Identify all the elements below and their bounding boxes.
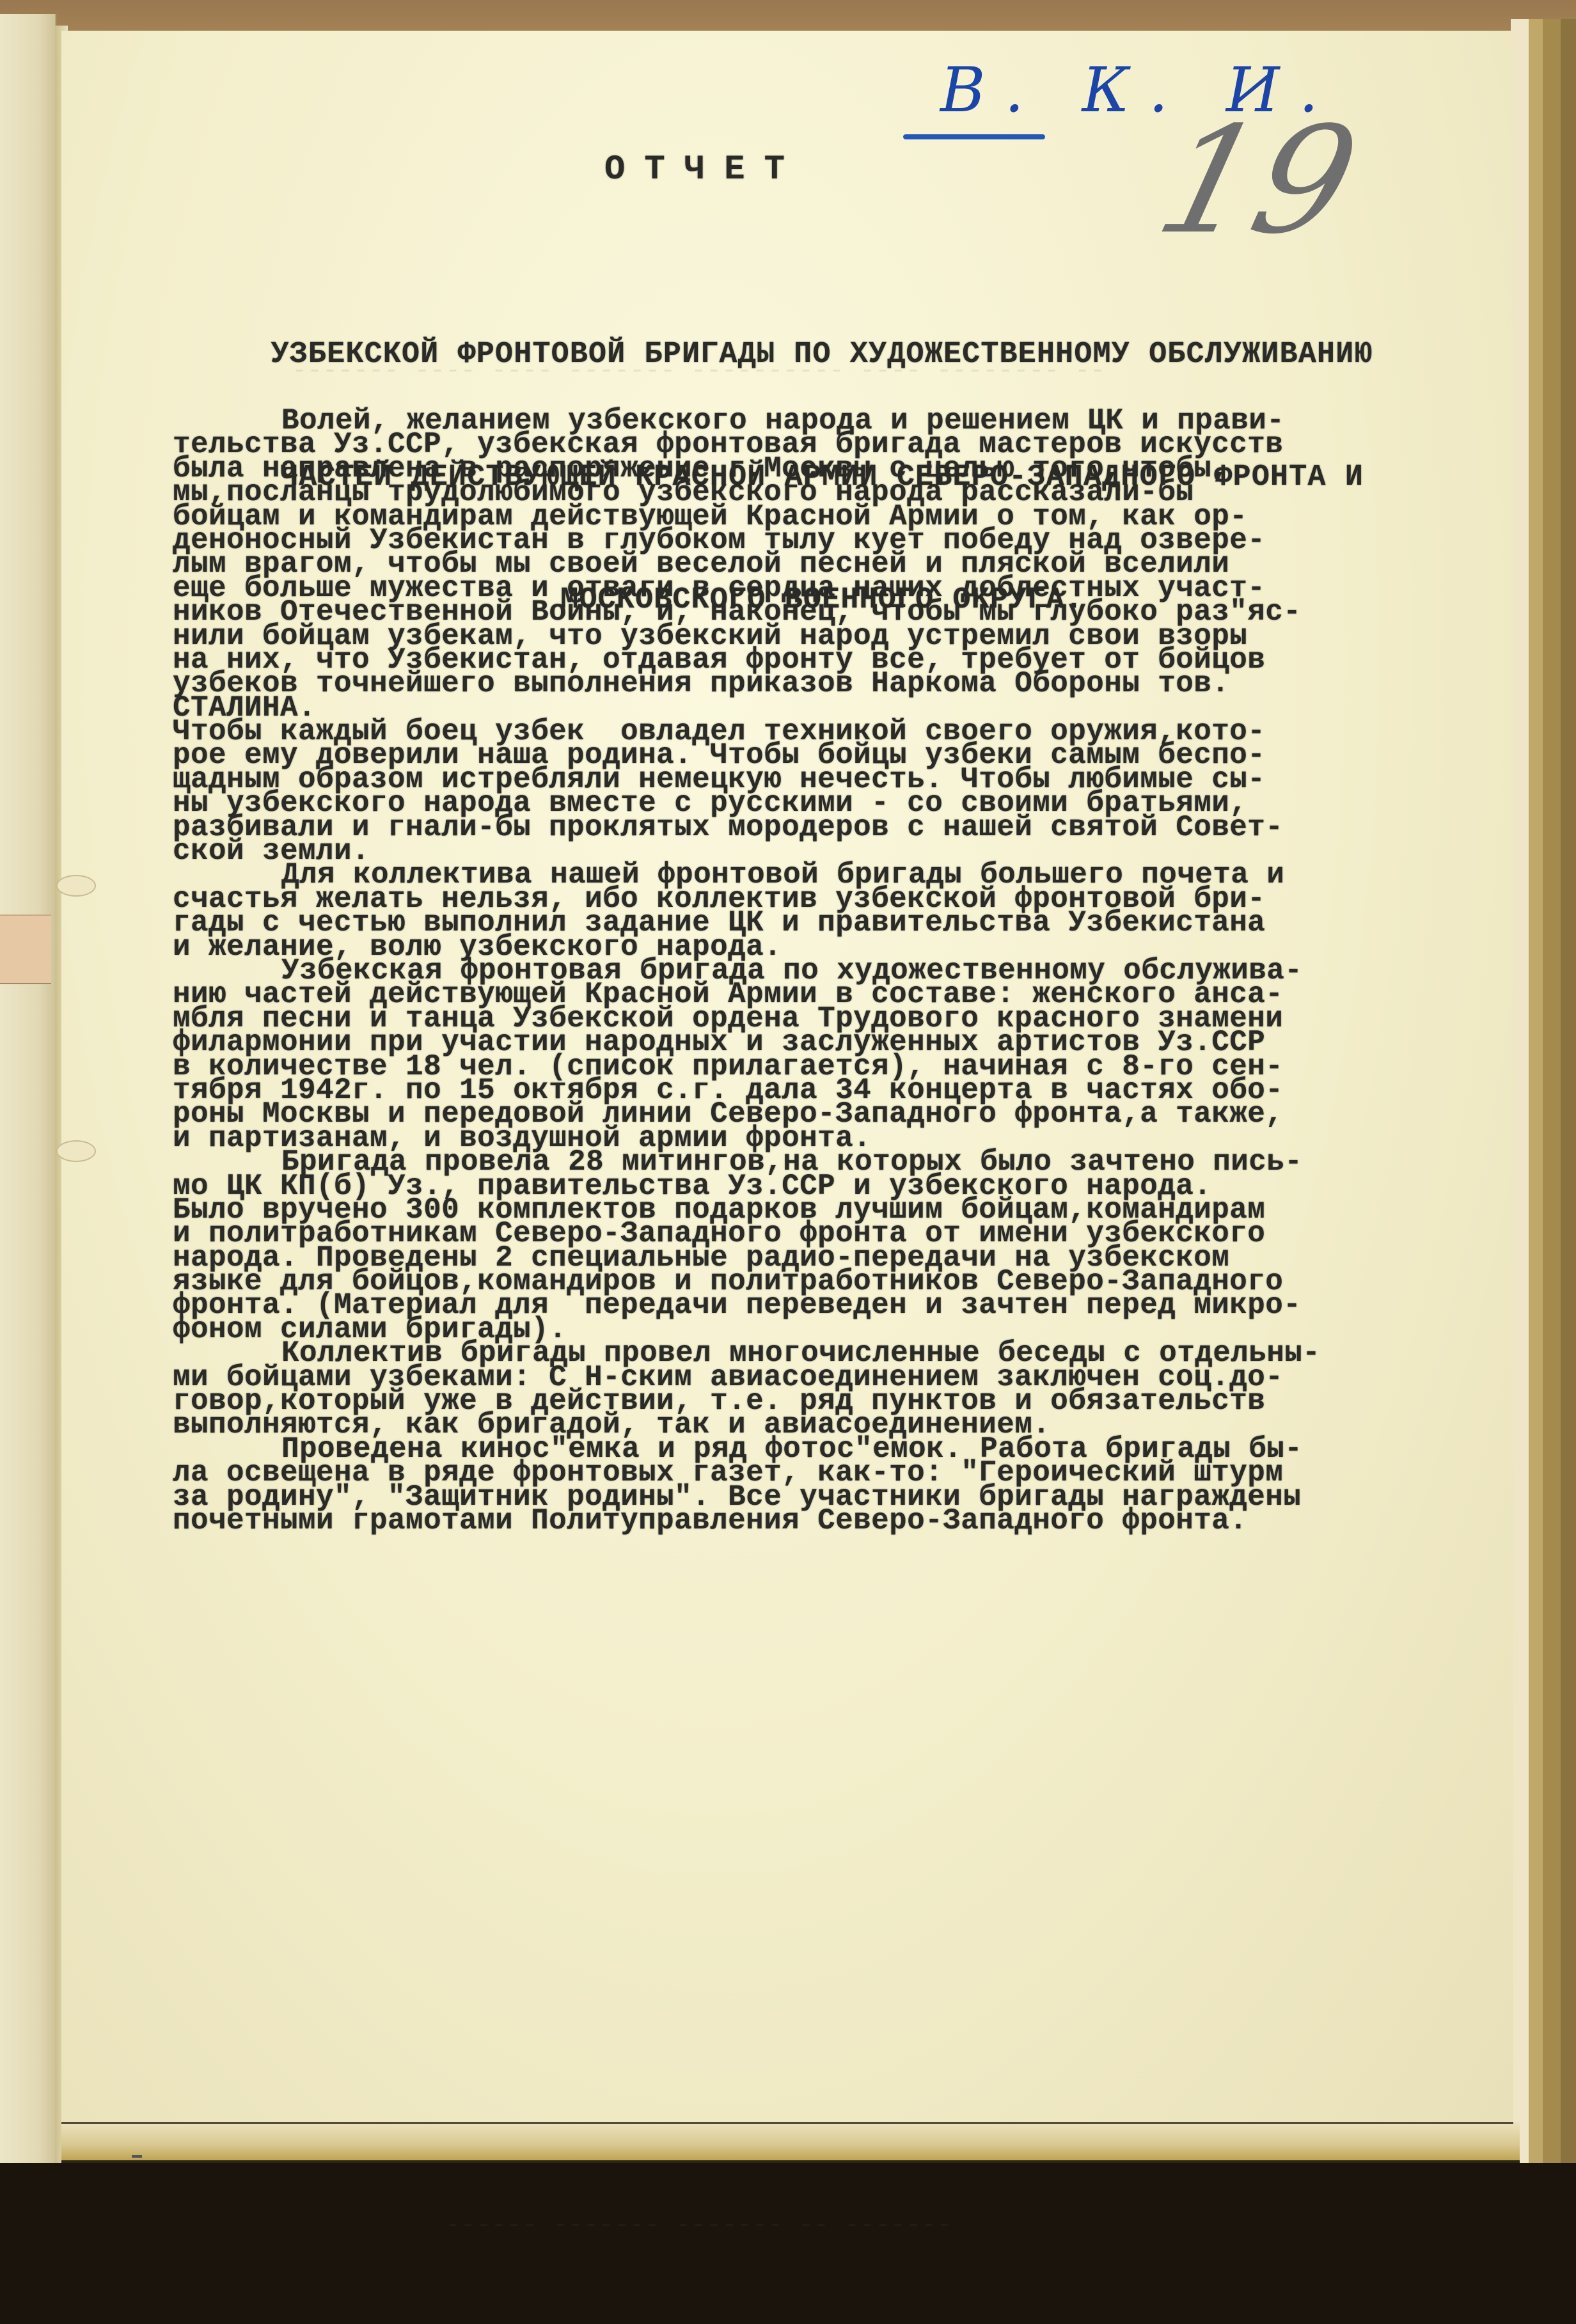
- punch-hole: [56, 875, 96, 897]
- background-surface: [0, 2163, 1576, 2324]
- document-body: Волей, желанием узбекского народа и реше…: [173, 409, 1503, 1533]
- page-stack-bottom: [61, 2122, 1520, 2163]
- body-line: узбеков точнейшего выполнения приказов Н…: [173, 672, 1503, 696]
- binding-tape: [0, 915, 51, 984]
- margin-mark: [132, 2155, 142, 2158]
- subtitle-line: УЗБЕКСКОЙ ФРОНТОВОЙ БРИГАДЫ ПО ХУДОЖЕСТВ…: [173, 334, 1471, 375]
- archive-code-underline: [903, 134, 1045, 139]
- body-line: разбивали и гнали-бы проклятых мородеров…: [173, 816, 1503, 840]
- binding-stub-left: [0, 14, 56, 2324]
- punch-hole: [56, 1140, 96, 1162]
- page-stack-right-edges: [1511, 19, 1576, 2181]
- document-title: ОТЧЕТ: [604, 150, 804, 189]
- bleed-through-text: ------- -- ------- ------- ------: [445, 2211, 952, 2240]
- body-line: почетными грамотами Политуправления Севе…: [173, 1509, 1503, 1533]
